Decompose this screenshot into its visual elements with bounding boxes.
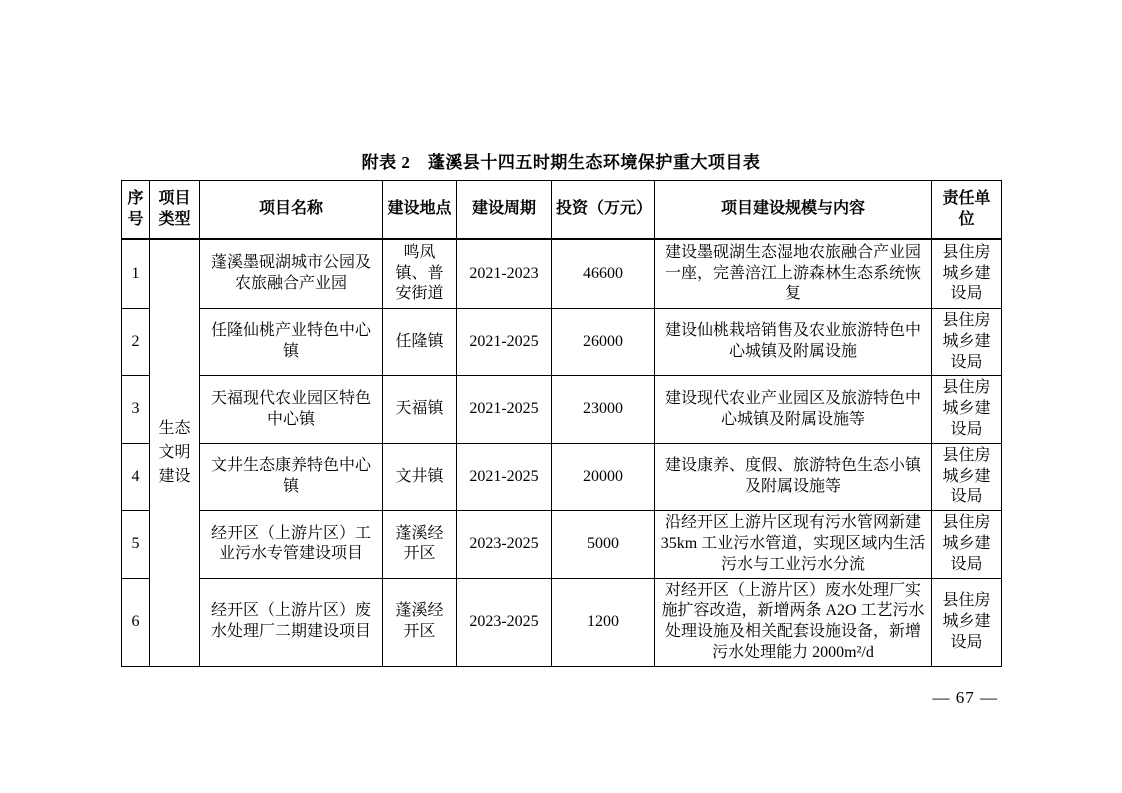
table-row: 4 文井生态康养特色中心镇 文井镇 2021-2025 20000 建设康养、度… [122,443,1002,510]
unit-text: 县住房城乡建设局 [941,513,993,575]
cell-unit: 县住房城乡建设局 [932,239,1002,309]
cell-investment: 20000 [552,443,655,510]
cell-project-name: 经开区（上游片区）废水处理厂二期建设项目 [200,578,383,666]
cell-investment: 23000 [552,376,655,443]
unit-text: 县住房城乡建设局 [941,311,993,373]
cell-project-name: 文井生态康养特色中心镇 [200,443,383,510]
cell-location: 天福镇 [383,376,457,443]
projects-table: 序号 项目类型 项目名称 建设地点 建设周期 投资（万元） 项目建设规模与内容 … [121,180,1002,667]
cell-content: 对经开区（上游片区）废水处理厂实施扩容改造，新增两条 A2O 工艺污水处理设施及… [655,578,932,666]
cell-location: 蓬溪经开区 [383,578,457,666]
location-text: 天福镇 [389,399,451,420]
cell-no: 3 [122,376,150,443]
cell-no: 6 [122,578,150,666]
cell-unit: 县住房城乡建设局 [932,443,1002,510]
cell-location: 任隆镇 [383,309,457,376]
header-type: 项目类型 [150,181,200,240]
cell-project-name: 任隆仙桃产业特色中心镇 [200,309,383,376]
location-text: 文井镇 [389,467,451,488]
cell-period: 2023-2025 [457,511,552,578]
cell-unit: 县住房城乡建设局 [932,376,1002,443]
table-row: 1 生态文明建设 蓬溪墨砚湖城市公园及农旅融合产业园 鸣凤镇、普安街道 2021… [122,239,1002,309]
cell-content: 建设现代农业产业园区及旅游特色中心城镇及附属设施等 [655,376,932,443]
header-content: 项目建设规模与内容 [655,181,932,240]
cell-period: 2021-2025 [457,376,552,443]
header-location: 建设地点 [383,181,457,240]
cell-unit: 县住房城乡建设局 [932,511,1002,578]
location-text: 蓬溪经开区 [389,601,451,643]
unit-text: 县住房城乡建设局 [941,446,993,508]
header-period: 建设周期 [457,181,552,240]
unit-text: 县住房城乡建设局 [941,591,993,653]
table-row: 3 天福现代农业园区特色中心镇 天福镇 2021-2025 23000 建设现代… [122,376,1002,443]
document-page: { "document": { "title": "附表 2 蓬溪县十四五时期生… [0,0,1122,793]
cell-period: 2021-2025 [457,443,552,510]
header-name: 项目名称 [200,181,383,240]
unit-text: 县住房城乡建设局 [941,378,993,440]
cell-content: 建设墨砚湖生态湿地农旅融合产业园一座，完善涪江上游森林生态系统恢复 [655,239,932,309]
page-title: 附表 2 蓬溪县十四五时期生态环境保护重大项目表 [0,148,1122,173]
header-investment: 投资（万元） [552,181,655,240]
cell-investment: 1200 [552,578,655,666]
table-row: 5 经开区（上游片区）工业污水专管建设项目 蓬溪经开区 2023-2025 50… [122,511,1002,578]
cell-location: 文井镇 [383,443,457,510]
page-number: — 67 — [933,688,999,708]
cell-no: 2 [122,309,150,376]
table-row: 2 任隆仙桃产业特色中心镇 任隆镇 2021-2025 26000 建设仙桃栽培… [122,309,1002,376]
location-text: 蓬溪经开区 [389,524,451,566]
cell-project-name: 天福现代农业园区特色中心镇 [200,376,383,443]
cell-no: 1 [122,239,150,309]
table-row: 6 经开区（上游片区）废水处理厂二期建设项目 蓬溪经开区 2023-2025 1… [122,578,1002,666]
cell-investment: 26000 [552,309,655,376]
cell-location: 蓬溪经开区 [383,511,457,578]
cell-unit: 县住房城乡建设局 [932,578,1002,666]
cell-content: 建设仙桃栽培销售及农业旅游特色中心城镇及附属设施 [655,309,932,376]
header-row: 序号 项目类型 项目名称 建设地点 建设周期 投资（万元） 项目建设规模与内容 … [122,181,1002,240]
cell-period: 2021-2025 [457,309,552,376]
cell-content: 沿经开区上游片区现有污水管网新建35km 工业污水管道，实现区域内生活污水与工业… [655,511,932,578]
cell-project-name: 蓬溪墨砚湖城市公园及农旅融合产业园 [200,239,383,309]
cell-period: 2023-2025 [457,578,552,666]
cell-project-type-group: 生态文明建设 [150,239,200,666]
cell-investment: 5000 [552,511,655,578]
cell-unit: 县住房城乡建设局 [932,309,1002,376]
location-text: 任隆镇 [389,332,451,353]
cell-content: 建设康养、度假、旅游特色生态小镇及附属设施等 [655,443,932,510]
cell-investment: 46600 [552,239,655,309]
cell-project-name: 经开区（上游片区）工业污水专管建设项目 [200,511,383,578]
header-no: 序号 [122,181,150,240]
location-text: 鸣凤镇、普安街道 [389,243,451,305]
cell-period: 2021-2023 [457,239,552,309]
header-unit: 责任单位 [932,181,1002,240]
project-type-label: 生态文明建设 [157,417,193,489]
cell-location: 鸣凤镇、普安街道 [383,239,457,309]
unit-text: 县住房城乡建设局 [941,243,993,305]
cell-no: 5 [122,511,150,578]
cell-no: 4 [122,443,150,510]
